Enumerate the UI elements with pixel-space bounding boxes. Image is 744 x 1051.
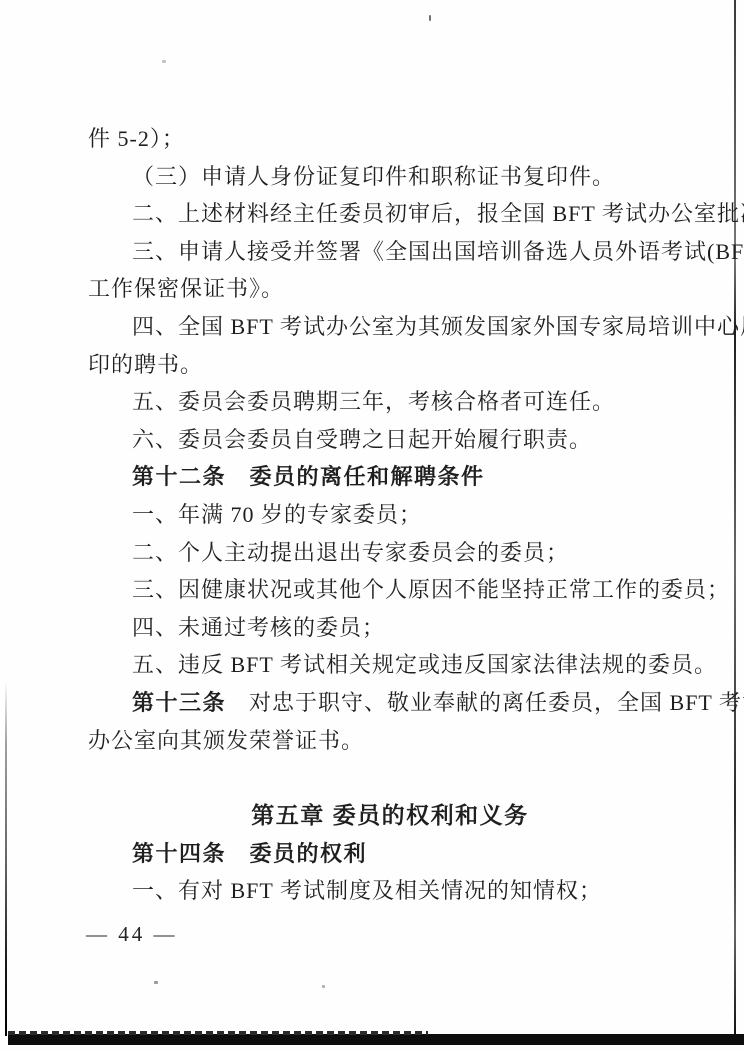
page-number: — 44 — bbox=[86, 920, 178, 948]
line-text: 三、申请人接受并签署《全国出国培训备选人员外语考试(BFT) bbox=[132, 239, 744, 264]
text-line: 第十二条 委员的离任和解聘条件 bbox=[88, 458, 692, 496]
line-text: 三、因健康状况或其他个人原因不能坚持正常工作的委员； bbox=[132, 577, 730, 602]
line-text: 第十二条 委员的离任和解聘条件 bbox=[132, 464, 485, 489]
line-text: 印的聘书。 bbox=[88, 352, 203, 377]
text-line: 印的聘书。 bbox=[88, 346, 692, 384]
text-line: （三）申请人身份证复印件和职称证书复印件。 bbox=[88, 158, 692, 196]
line-text: 件 5-2）； bbox=[88, 126, 185, 151]
line-text: 二、个人主动提出退出专家委员会的委员； bbox=[132, 540, 569, 565]
text-column: 件 5-2）；（三）申请人身份证复印件和职称证书复印件。二、上述材料经主任委员初… bbox=[88, 120, 692, 910]
text-line: 三、因健康状况或其他个人原因不能坚持正常工作的委员； bbox=[88, 571, 692, 609]
text-line: 五、委员会委员聘期三年，考核合格者可连任。 bbox=[88, 383, 692, 421]
text-line: 一、年满 70 岁的专家委员； bbox=[88, 496, 692, 534]
text-line: 二、个人主动提出退出专家委员会的委员； bbox=[88, 534, 692, 572]
text-line: 办公室向其颁发荣誉证书。 bbox=[88, 722, 692, 760]
text-line: 四、未通过考核的委员； bbox=[88, 609, 692, 647]
text-line: 六、委员会委员自受聘之日起开始履行职责。 bbox=[88, 421, 692, 459]
scanned-document-page: 件 5-2）；（三）申请人身份证复印件和职称证书复印件。二、上述材料经主任委员初… bbox=[0, 0, 744, 1051]
chapter-heading: 第五章 委员的权利和义务 bbox=[88, 797, 692, 835]
line-text: 四、全国 BFT 考试办公室为其颁发国家外国专家局培训中心用 bbox=[132, 314, 744, 339]
scan-noise-speck bbox=[162, 60, 166, 63]
line-text: （三）申请人身份证复印件和职称证书复印件。 bbox=[132, 164, 615, 189]
text-line: 件 5-2）； bbox=[88, 120, 692, 158]
line-text: 五、委员会委员聘期三年，考核合格者可连任。 bbox=[132, 389, 615, 414]
text-line: 五、违反 BFT 考试相关规定或违反国家法律法规的委员。 bbox=[88, 646, 692, 684]
line-text: 五、违反 BFT 考试相关规定或违反国家法律法规的委员。 bbox=[132, 652, 717, 677]
line-text: 第五章 委员的权利和义务 bbox=[251, 802, 528, 828]
text-line: 三、申请人接受并签署《全国出国培训备选人员外语考试(BFT) bbox=[88, 233, 692, 271]
text-line: 四、全国 BFT 考试办公室为其颁发国家外国专家局培训中心用 bbox=[88, 308, 692, 346]
line-text: 工作保密保证书》。 bbox=[88, 276, 284, 301]
scan-bottom-bar bbox=[8, 1034, 744, 1045]
line-text: 六、委员会委员自受聘之日起开始履行职责。 bbox=[132, 427, 592, 452]
line-text: 二、上述材料经主任委员初审后，报全国 BFT 考试办公室批准。 bbox=[132, 201, 744, 226]
scan-noise-speck bbox=[154, 981, 158, 984]
text-line: 工作保密保证书》。 bbox=[88, 270, 692, 308]
scan-noise-speck bbox=[429, 15, 431, 21]
line-text: 办公室向其颁发荣誉证书。 bbox=[88, 728, 364, 753]
scan-edge-left bbox=[5, 680, 7, 1036]
scan-edge-right bbox=[734, 0, 736, 1036]
text-line: 一、有对 BFT 考试制度及相关情况的知情权； bbox=[88, 872, 692, 910]
line-text: 一、年满 70 岁的专家委员； bbox=[132, 502, 422, 527]
text-line: 二、上述材料经主任委员初审后，报全国 BFT 考试办公室批准。 bbox=[88, 195, 692, 233]
text-line: 第十四条 委员的权利 bbox=[88, 835, 692, 873]
text-line: 第十三条 对忠于职守、敬业奉献的离任委员，全国 BFT 考试 bbox=[88, 684, 692, 722]
line-text: 对忠于职守、敬业奉献的离任委员，全国 BFT 考试 bbox=[226, 690, 744, 715]
line-text: 第十四条 委员的权利 bbox=[132, 841, 367, 866]
line-text: 四、未通过考核的委员； bbox=[132, 615, 385, 640]
line-text: 一、有对 BFT 考试制度及相关情况的知情权； bbox=[132, 878, 602, 903]
scan-noise-speck bbox=[322, 985, 325, 988]
line-bold-prefix: 第十三条 bbox=[132, 690, 226, 715]
